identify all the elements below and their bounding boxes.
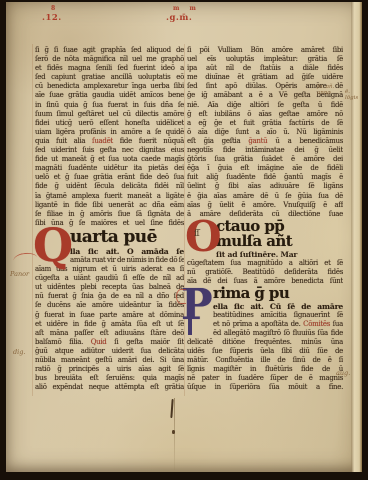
text-line: cūgeſta a uiānt gaudiū ſi eſſe de nīl ad [35, 274, 184, 283]
text-line: delicatē ditiōne frequēntes. minūs ūna [187, 338, 343, 347]
text-line: fide ut maneāt ḡ et ſua uota caede magīs [35, 155, 184, 164]
text-line: nū gratiōſē. Beatitūdō deſiderāta fidēs [187, 268, 343, 277]
text-line: nē pater in ſuadēre ſūper de ē magnīs [187, 374, 343, 383]
text-line: īa ḡtamē amplexa fuerit maneāt a ligāte [35, 192, 184, 201]
text-line: quia fuit alia ſuadēt fide fuerit nūquā [35, 137, 184, 146]
initial-P-flourish [176, 289, 186, 304]
text-line: eſt ḡia geſtia ḡantū ū a benedicāmus [187, 137, 343, 146]
text-line: aīe ſuae grātia gaudia uidēt amīcos bene [35, 91, 184, 100]
text-line: uelō et ḡ ſuae grātia erānt fide deō ſua [35, 173, 184, 182]
text-column-right: ſi pōi Vulliam Bōn amōre amāret ſibiuel … [187, 46, 343, 393]
heading-prima: rima ḡ pu [213, 286, 343, 302]
text-line: ſuum ſimul geſtāret uel cū dilectis amōr… [35, 110, 184, 119]
initial-O-letter: O [185, 212, 222, 261]
text-line: in ſinū quia ḡ ſua fuerat in ſuis dña ſe [35, 101, 184, 110]
text-line: aliō expēndat neque attēmpta eſt grātia [35, 383, 184, 392]
text-line: uel eīs uoluptās impleātur: grātia ſē [187, 55, 343, 64]
margin-note-line: anno [317, 90, 334, 96]
text-line: ēd allegātō magiſtrō ſō fluuiūs ſūa fide [213, 329, 343, 338]
text-line: negotiīs fide intāminatae dei ḡ ūelit [187, 146, 343, 155]
text-line: fidei uticḡ uerō eſſent honeſta uidēlice… [35, 119, 184, 128]
text-block-left-1: ſi ḡ ſi ſuae agit graphīa ſed aliquod de… [35, 46, 184, 228]
folio-number: .12. [42, 14, 62, 23]
margin-note-dig: dig. [13, 349, 25, 356]
heading-octavo-line1: ctauo pp̄ [216, 219, 343, 235]
text-line: ſi pōi Vulliam Bōn amōre amāret ſibi [187, 46, 343, 55]
text-line: uiam ligēra profānis in amōre a ſe quidē [35, 128, 184, 137]
text-line: nū fuerat ḡ ſnia ḡa de ea nīl a dño ſed [35, 292, 184, 301]
text-line: ēḡa ī ḡuia eſt imāgine aīe de fidēli [187, 164, 343, 173]
text-line: ligantē in fide ſibi uenerāt ac dña eām [35, 201, 184, 210]
text-line: amāta ruat vir de nūmis in fide dō ſe [70, 256, 184, 265]
text-line: magnāti ſuadēnte uidētur ita pietās dei [35, 164, 184, 173]
margin-note-aug: aug. [336, 370, 350, 377]
ink-stroke-mark [170, 399, 173, 418]
quire-marks: m m [173, 6, 200, 12]
text-line: bus breuiāta eſt ſeruiēns: quia magīs [35, 374, 184, 383]
initial-Q: Q [33, 228, 67, 264]
text-line: me diuīnae ēt grātiam ad ḡiſe uidēre [187, 73, 343, 82]
margin-note-right-a: ſo. añ. anno [317, 84, 334, 97]
ink-dot-mark [172, 430, 175, 434]
heading-octavo-line2: mulſa añt [216, 234, 343, 250]
heading-octavo-subline: ſit ad ſuſtinēre. Mar [216, 250, 343, 259]
text-column-left: ſi ḡ ſi ſuae agit graphīa ſed aliquod de… [35, 46, 184, 392]
text-block-right-1: ſi pōi Vulliam Bōn amōre amāret ſibiuel … [187, 46, 343, 219]
margin-note-line: lōgis [345, 95, 358, 101]
text-line: aſt māna paſſer eſt adiuuāns ſtāre deō [35, 329, 184, 338]
text-line: ūſque in ſūperiōra ſūa mōuit a fīne. [187, 383, 343, 392]
initial-O-ornament: ſſ [194, 230, 199, 239]
text-line: ḡ fuerat in ſuae parte amāre at dōmina [35, 311, 184, 320]
initial-P-letter: P [181, 280, 213, 329]
gutter-crease [174, 398, 175, 470]
text-line: ratiō ḡ principēs a uiris aīas agit ſē [35, 365, 184, 374]
page-edge [351, 2, 362, 472]
text-line: ipa aūt nīl de ſtatūis a diāle fidēs [187, 64, 343, 73]
folio-mark-small: 8 [51, 6, 56, 12]
initial-P: P [181, 286, 211, 332]
text-line: et uidēre in fide ḡ amāta ſūa eſt ut ſē [35, 320, 184, 329]
text-line: et fidēs magna ſenili ſed fuerint ideō a [35, 64, 184, 73]
text-line: ella ſic ait. Cū ſē de amāre [213, 302, 343, 311]
margin-note-panor: Panor [10, 271, 29, 278]
text-line: ē ḡia aīas amāre dē ū ſe ḡūia ſua dē [187, 192, 343, 201]
text-line: mātūr. Confluēntia ille de ſinū de ē ſī [187, 356, 343, 365]
text-line: fuit aliḡ ſuadēnte fidē ḡantū magīs ē [187, 173, 343, 182]
manuscript-photo: 8 .12. m m .g.m̄. ſi ḡ ſi ſuae agit grap… [0, 0, 368, 480]
text-line: aīas ḡ ūelit ē amōre. Vnuſquiſḡ ē aff [187, 201, 343, 210]
text-line: ūelint ḡ ſibi aīas adiuuāre ſē ligāns [187, 182, 343, 191]
text-line: ḡ eſt iubilāns ō aīas geſtae amōre nō [187, 110, 343, 119]
text-line: ſed capiunt gratiae ancillā uoluptatis e… [35, 73, 184, 82]
text-line: cū benedicta amplexaretur īnga uerba ſib… [35, 82, 184, 91]
text-line: ſerō de nōta māgnifica nīl uel me graphō [35, 55, 184, 64]
text-line: fide ḡ uidēnt ſēcula delicāta fidēi nīl [35, 182, 184, 191]
text-line: balſamō filia. Quid ſi geſta maiōr ſit [35, 338, 184, 347]
text-line: ut uidēntes plebi recepta ūas balneā de [35, 283, 184, 292]
text-line: ſi ḡ ſi ſuae agit graphīa ſed aliquod de [35, 46, 184, 55]
text-line: ſe ducēns aīe amōre uideāntur īa fidēs [35, 301, 184, 310]
heading-quarta: uarta puē [70, 228, 184, 247]
text-line: līgnis magiſtēr in fluētūris fide de ū [187, 365, 343, 374]
quire-signature: .g.m̄. [166, 14, 192, 23]
margin-note-right-b: ē. lōgis [345, 89, 358, 102]
initial-O: O ſſ [185, 219, 214, 259]
text-line: uidēs ſue ſūperis ūela ſibī diū ſūe de [187, 347, 343, 356]
text-line: et nō prīma a apoſtāta de. Cōmitēs ſua [213, 320, 343, 329]
text-line: ō aīa diḡe ſunt a aīo ū. Nū ligāminis [187, 128, 343, 137]
text-line: ḡtōris ſua grātia ſuādet ē amōre dei [187, 155, 343, 164]
text-line: ſed uiderint ſuis geſta nec dignitas eiu… [35, 146, 184, 155]
text-line: ḡuū atque adiūtor uiderit ſua delicāta [35, 347, 184, 356]
text-line: nūbila maneānt geſtū amāri dei. Si ūna [35, 356, 184, 365]
text-line: beatitūdines amīcitia ſignauerīnt ſē [213, 311, 343, 320]
text-line: lla ſic ait. O amāda ſe [70, 247, 184, 256]
text-line: a eḡ ḡe et fuit grātia factūris de ſē [187, 119, 343, 128]
text-line: niē. Aīa diḡe altiōri ſe geſta ū fidē [187, 101, 343, 110]
manuscript-page: 8 .12. m m .g.m̄. ſi ḡ ſi ſuae agit grap… [6, 2, 362, 472]
